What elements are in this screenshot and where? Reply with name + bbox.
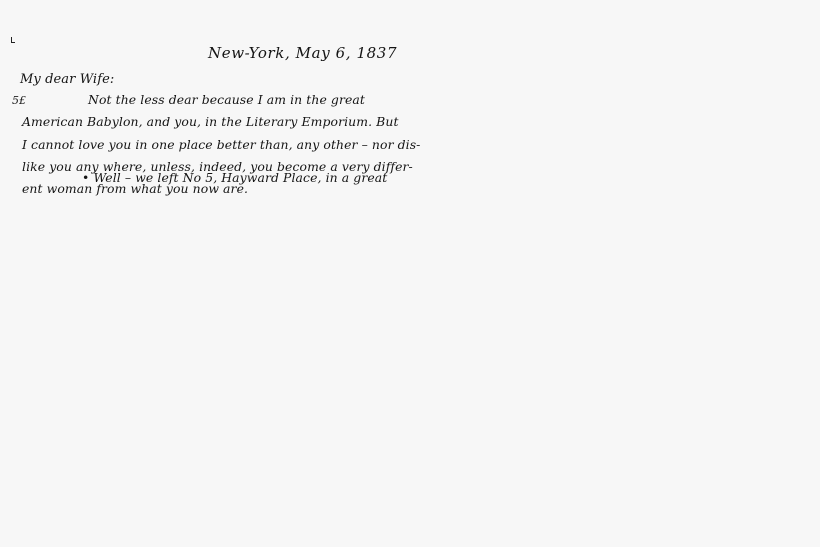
margin-note: 5£ — [12, 94, 26, 107]
letter-line: • Well – we left No 5, Hayward Place, in… — [82, 170, 387, 186]
letter-line: American Babylon, and you, in the Litera… — [22, 114, 399, 130]
salutation: My dear Wife: — [20, 72, 114, 88]
letter-line: Not the less dear because I am in the gr… — [88, 92, 365, 108]
letter-line: I cannot love you in one place better th… — [22, 137, 420, 153]
letter-page: 5£ New-York, May 6, 1837 My dear Wife: N… — [0, 0, 820, 547]
dateline: New-York, May 6, 1837 — [208, 45, 397, 61]
corner-mark — [11, 37, 15, 43]
